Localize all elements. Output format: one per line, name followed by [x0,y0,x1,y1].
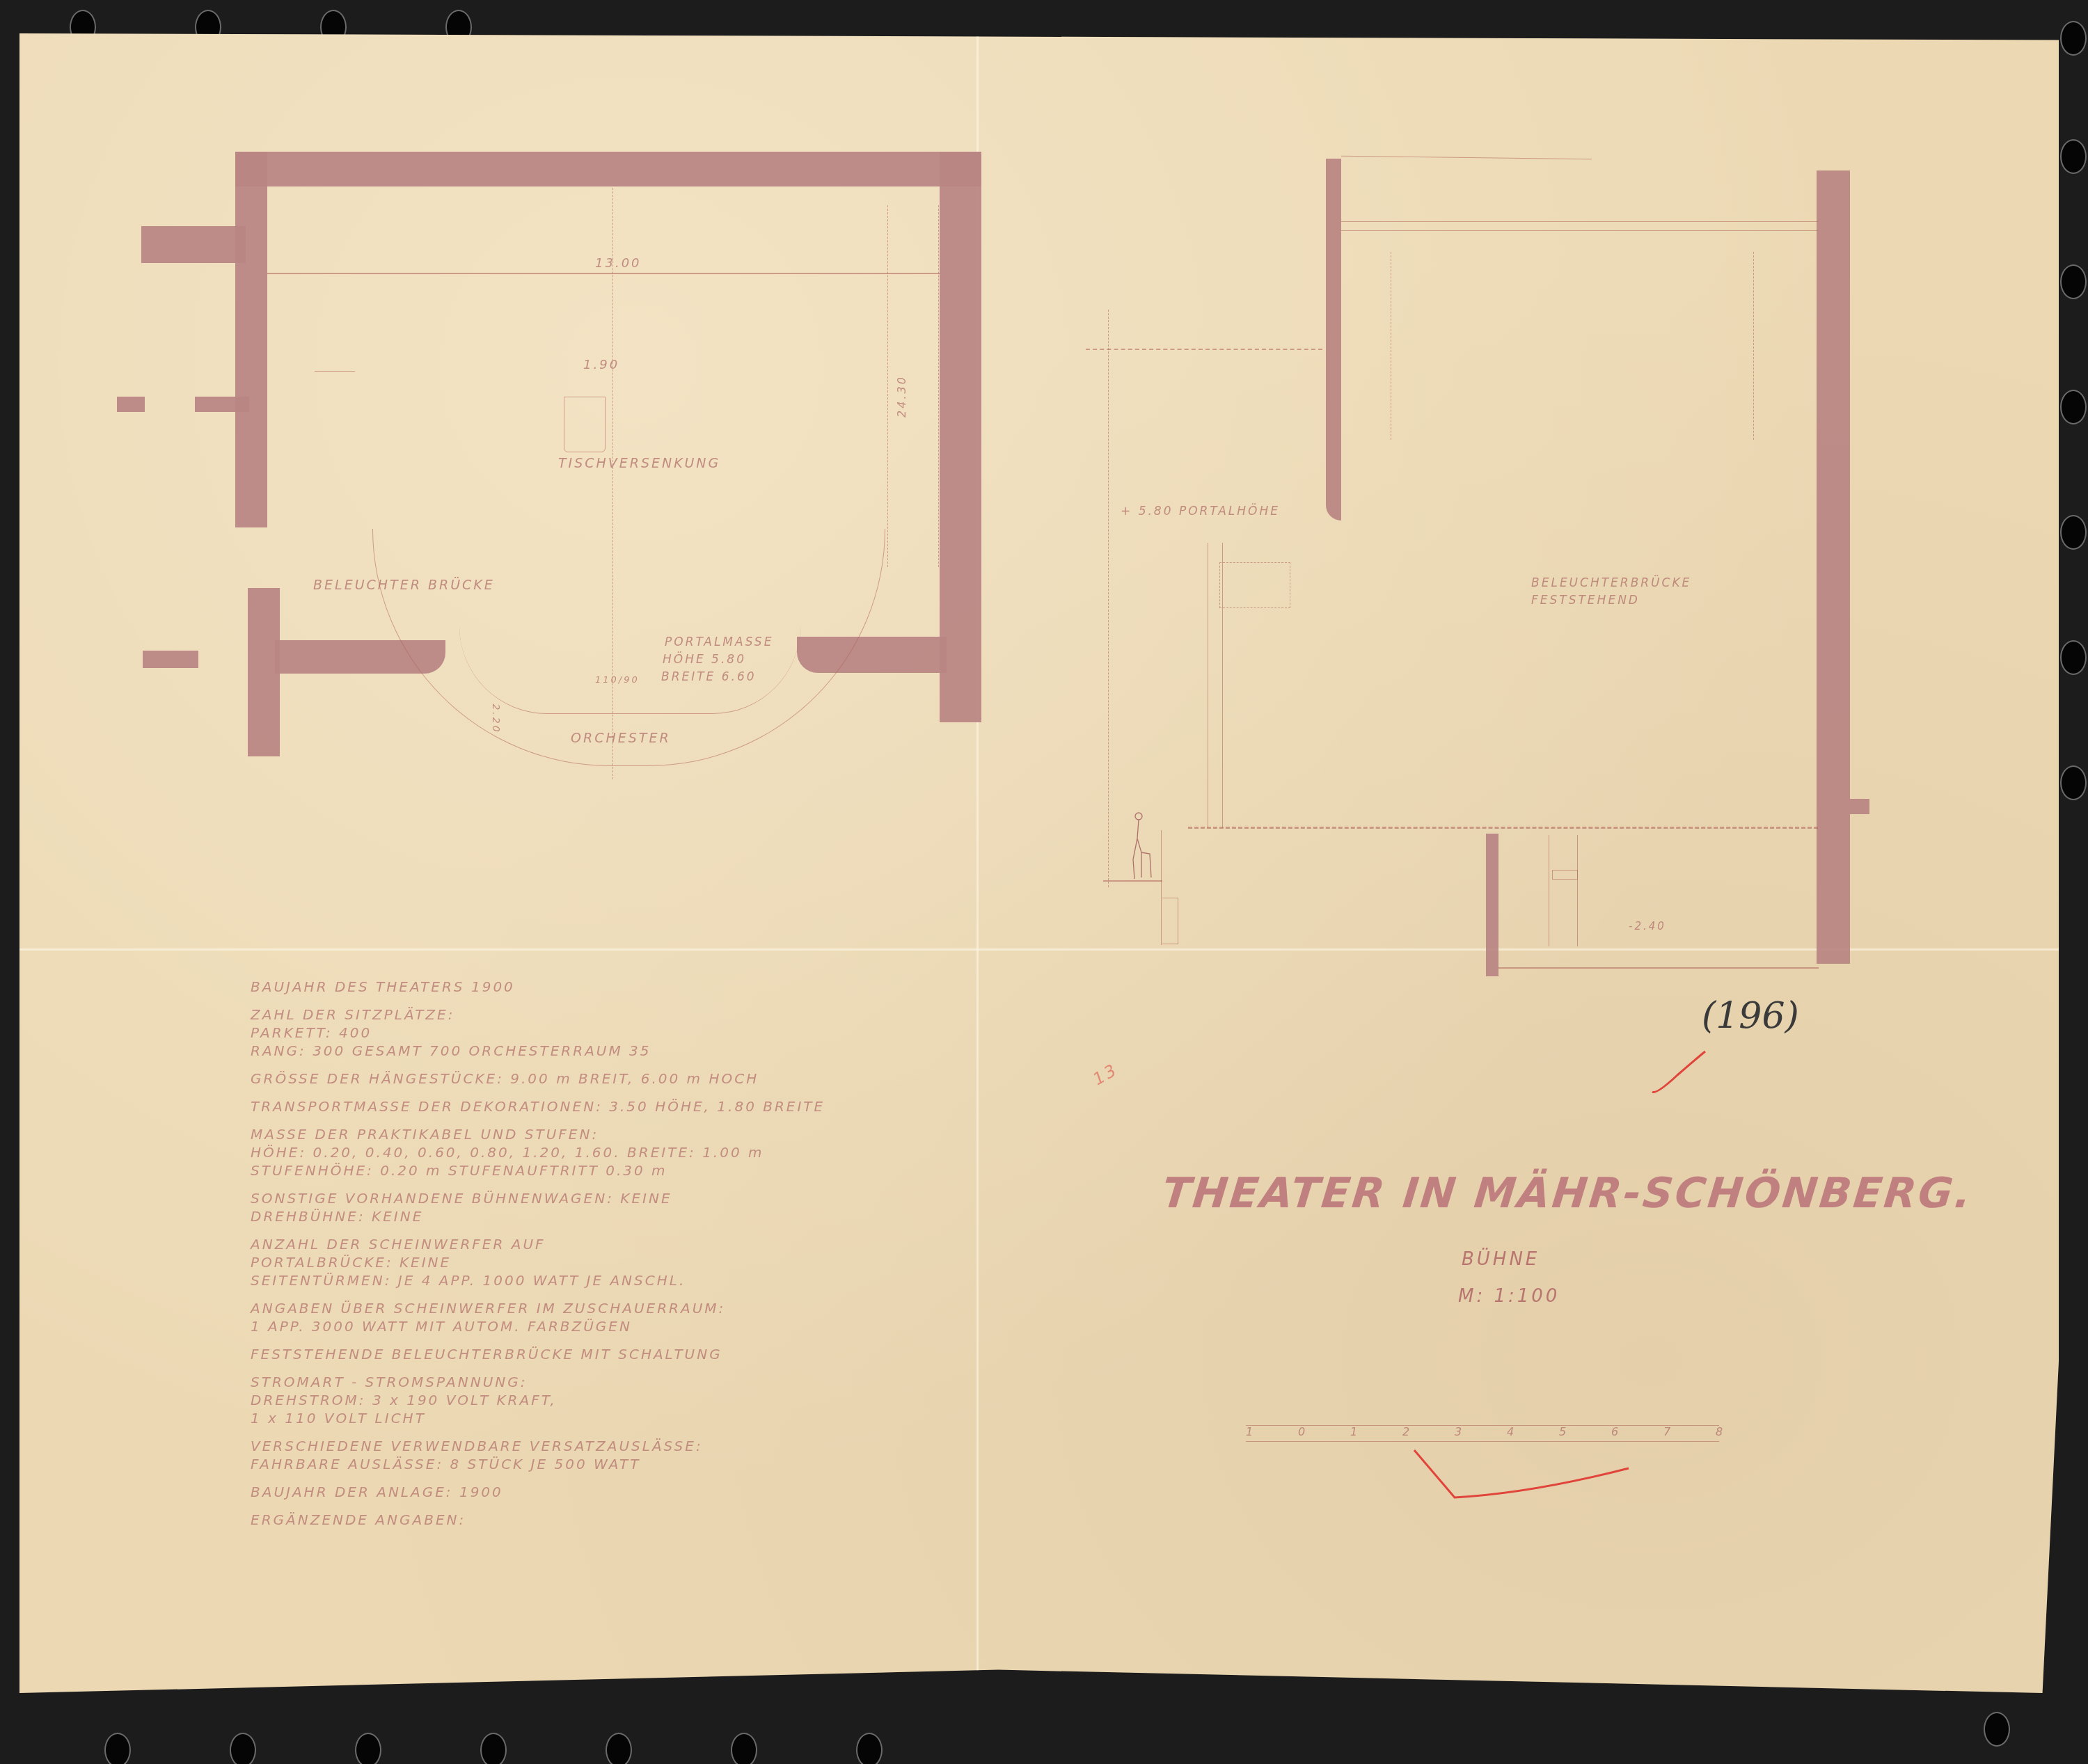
binder-hole [1984,1712,2010,1747]
plan-stub-mid-b [195,397,249,412]
binder-hole [2060,515,2087,550]
note-line: HÖHE: 0.20, 0.40, 0.60, 0.80, 1.20, 1.60… [251,1143,1051,1161]
lighting-bridge-box [1219,562,1290,608]
note-line: DREHBÜHNE: KEINE [251,1207,1051,1225]
note-gap [251,1289,1051,1299]
scale-tick-label: 3 [1455,1425,1464,1438]
binder-hole [480,1733,507,1764]
trap-platform [1552,870,1578,880]
drawing-subtitle: BÜHNE [1462,1249,1540,1270]
note-line: BAUJAHR DER ANLAGE: 1900 [251,1483,1051,1501]
scale-bar: 1012345678 [1246,1420,1719,1444]
note-line: 1 APP. 3000 WATT MIT AUTOM. FARBZÜGEN [251,1317,1051,1335]
red-check-mark-icon [1650,1047,1712,1099]
drawing-scale: M: 1:100 [1458,1286,1560,1307]
scale-tick-label: 1 [1350,1425,1359,1438]
binder-hole [2060,21,2087,56]
table-sink-label: TISCHVERSENKUNG [558,456,720,471]
scale-tick-label: 2 [1402,1425,1411,1438]
scale-tick-label: 0 [1298,1425,1307,1438]
scale-bar-frame [1246,1425,1719,1442]
note-line: RANG: 300 GESAMT 700 ORCHESTERRAUM 35 [251,1042,1051,1060]
note-line: SONSTIGE VORHANDENE BÜHNENWAGEN: KEINE [251,1189,1051,1207]
note-line: MASSE DER PRAKTIKABEL UND STUFEN: [251,1125,1051,1143]
note-line: FESTSTEHENDE BELEUCHTERBRÜCKE MIT SCHALT… [251,1345,1051,1363]
binder-hole [731,1733,757,1764]
drawing-title: THEATER IN MÄHR-SCHÖNBERG. [1160,1169,1975,1218]
plan-stub-upper [141,226,246,263]
section-understage-wall [1486,834,1498,976]
binder-hole [2060,139,2087,174]
note-line: PORTALBRÜCKE: KEINE [251,1253,1051,1271]
note-gap [251,1225,1051,1235]
scale-tick-label: 6 [1611,1425,1620,1438]
side-dim-label: 24.30 [895,375,908,418]
note-gap [251,1363,1051,1373]
plan-stub-mid-a [117,397,145,412]
note-line: STUFENHÖHE: 0.20 m STUFENAUFTRITT 0.30 m [251,1161,1051,1179]
table-sink-outline [564,397,606,452]
binder-hole [230,1733,256,1764]
note-gap [251,1179,1051,1189]
note-line: VERSCHIEDENE VERWENDBARE VERSATZAUSLÄSSE… [251,1437,1051,1455]
binder-hole [104,1733,131,1764]
note-line: ANZAHL DER SCHEINWERFER AUF [251,1235,1051,1253]
binder-hole [2060,765,2087,800]
binder-hole [2060,640,2087,675]
section-wall-right [1817,170,1850,964]
seated-figure-icon [1129,811,1157,880]
note-gap [251,1335,1051,1345]
note-line: TRANSPORTMASSE DER DEKORATIONEN: 3.50 HÖ… [251,1097,1051,1115]
note-line: ERGÄNZENDE ANGABEN: [251,1511,1051,1529]
dim-table-label: 1.90 [583,358,619,372]
note-line: STROMART - STROMSPANNUNG: [251,1373,1051,1391]
note-line: GRÖSSE DER HÄNGESTÜCKE: 9.00 m BREIT, 6.… [251,1070,1051,1088]
bridge-label-line1: BELEUCHTERBRÜCKE [1531,576,1691,590]
fly-grid [1341,221,1818,231]
scale-tick-label: 5 [1559,1425,1568,1438]
plan-stub-low [143,651,198,668]
note-line: DREHSTROM: 3 x 190 VOLT KRAFT, [251,1391,1051,1409]
note-line: BAUJAHR DES THEATERS 1900 [251,978,1051,996]
depth-label: -2.40 [1629,920,1666,932]
note-gap [251,1473,1051,1483]
binder-hole [2060,390,2087,424]
orchestra-dim-label: 2.20 [490,704,501,733]
stage-floor [1188,827,1818,829]
binder-hole [856,1733,883,1764]
auditorium-floor [1103,880,1162,882]
note-gap [251,1501,1051,1511]
scale-tick-label: 4 [1507,1425,1516,1438]
note-line: SEITENTÜRMEN: JE 4 APP. 1000 WATT JE ANS… [251,1271,1051,1289]
note-gap [251,1427,1051,1437]
note-line: FAHRBARE AUSLÄSSE: 8 STÜCK JE 500 WATT [251,1455,1051,1473]
orchestra-label: ORCHESTER [571,731,671,746]
auditorium-ceiling [1086,349,1322,350]
portal-height-label-section: + 5.80 PORTALHÖHE [1121,504,1280,518]
hanging-pieces [1391,252,1754,440]
scale-tick-label: 1 [1246,1425,1255,1438]
scale-tick-label: 7 [1663,1425,1672,1438]
orchestra-pit-arc-inner [459,626,800,714]
scale-tick-label: 8 [1716,1425,1725,1438]
fold-line-horizontal [19,948,2059,951]
binder-hole [606,1733,632,1764]
dimension-line-table [315,371,355,372]
bridge-label-line2: FESTSTEHEND [1531,594,1640,607]
red-pencil-stroke-icon [1413,1447,1636,1506]
note-line: ANGABEN ÜBER SCHEINWERFER IM ZUSCHAUERRA… [251,1299,1051,1317]
dim-width-label: 13.00 [595,256,642,271]
note-gap [251,1088,1051,1097]
plan-wall-top [235,152,981,186]
auditorium-back-wall [1108,310,1109,887]
section-wall-right-ledge [1850,799,1869,814]
binder-hole [2060,264,2087,299]
section-wall-left [1326,159,1341,521]
archive-number: (196) [1702,995,1799,1037]
binder-hole [355,1733,381,1764]
plan-wall-left [235,152,267,527]
note-gap [251,996,1051,1006]
trap-room [1549,835,1578,946]
portal-verticals [1208,543,1223,828]
stage-front [1161,830,1162,945]
note-gap [251,1060,1051,1070]
note-line: 1 x 110 VOLT LICHT [251,1409,1051,1427]
steps [1162,898,1178,944]
understage-floor [1498,967,1819,969]
note-gap [251,1115,1051,1125]
note-line: PARKETT: 400 [251,1024,1051,1042]
dimension-line-width [267,273,940,274]
theater-data-notes: BAUJAHR DES THEATERS 1900ZAHL DER SITZPL… [251,978,1051,1529]
note-line: ZAHL DER SITZPLÄTZE: [251,1006,1051,1024]
